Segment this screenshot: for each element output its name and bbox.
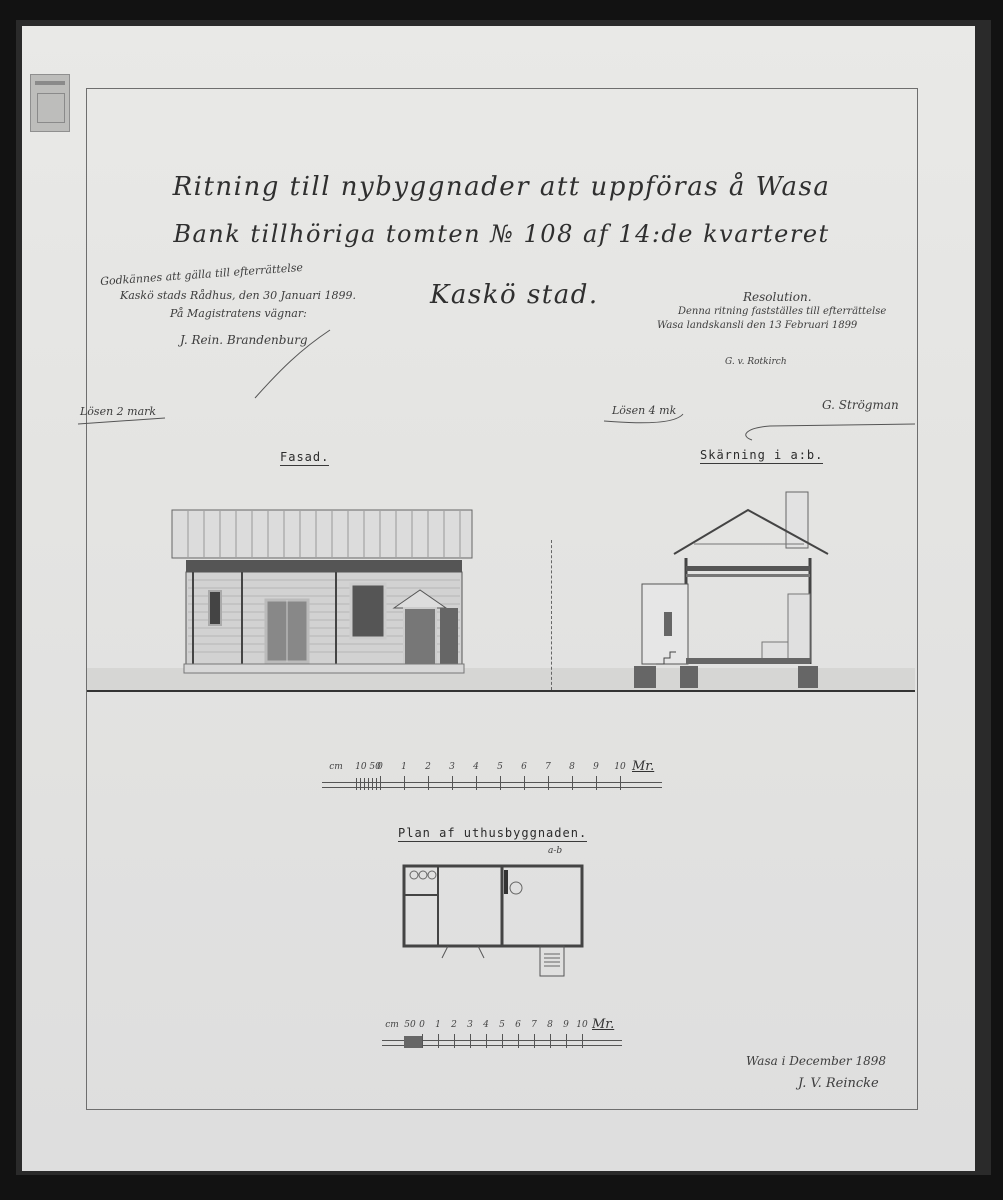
scale-tick-label: 1 bbox=[401, 762, 407, 772]
plan-label: Plan af uthusbyggnaden. bbox=[398, 826, 587, 842]
facade-label: Fasad. bbox=[280, 450, 329, 466]
plan-section-marker: a-b bbox=[548, 846, 562, 856]
scale-tick-label: 7 bbox=[531, 1020, 537, 1030]
scale-tick-label: 5 bbox=[497, 762, 503, 772]
scale-tick-label: 2 bbox=[451, 1020, 457, 1030]
scale-tick-label: 4 bbox=[483, 1020, 489, 1030]
floor-plan-drawing bbox=[396, 862, 596, 982]
scale-tick-label: 8 bbox=[569, 762, 575, 772]
scale-tick-label: 5 bbox=[499, 1020, 505, 1030]
footer-signature: J. V. Reincke bbox=[798, 1076, 879, 1091]
scale-tick-label: 10 bbox=[576, 1020, 587, 1030]
scale-tick-label: 8 bbox=[547, 1020, 553, 1030]
scale-tick-label: 0 bbox=[419, 1020, 425, 1030]
scale-tick-label: 7 bbox=[545, 762, 551, 772]
scale-tick-label: 6 bbox=[521, 762, 527, 772]
footer-place-date: Wasa i December 1898 bbox=[746, 1054, 886, 1068]
section-drawing bbox=[634, 488, 844, 688]
scale-prefix: cm bbox=[385, 1020, 399, 1030]
scale-bar-plan: cm 50 0 1 2 3 4 5 6 7 8 9 10 Mr. bbox=[382, 1020, 622, 1050]
scale-tick-label: 2 bbox=[425, 762, 431, 772]
scale-unit: Mr. bbox=[592, 1017, 614, 1032]
scale-unit: Mr. bbox=[632, 759, 654, 774]
scale-prefix: cm bbox=[329, 762, 343, 772]
scale-tick-label: 0 bbox=[377, 762, 383, 772]
scale-tick-label: 3 bbox=[449, 762, 455, 772]
scale-tick-label: 9 bbox=[593, 762, 599, 772]
scale-tick-label: 3 bbox=[467, 1020, 473, 1030]
section-label: Skärning i a:b. bbox=[700, 448, 823, 464]
scale-sub-label: 50 bbox=[404, 1020, 415, 1030]
scale-bar-elevation: cm 10 50 0 1 2 3 4 5 6 7 8 9 10 Mr. bbox=[322, 762, 662, 792]
scale-tick-label: 6 bbox=[515, 1020, 521, 1030]
scale-tick-label: 10 bbox=[614, 762, 625, 772]
scale-tick-label: 1 bbox=[435, 1020, 441, 1030]
section-divider-line bbox=[551, 540, 552, 690]
scale-tick-label: 4 bbox=[473, 762, 479, 772]
facade-drawing bbox=[168, 508, 488, 688]
scale-tick-label: 9 bbox=[563, 1020, 569, 1030]
